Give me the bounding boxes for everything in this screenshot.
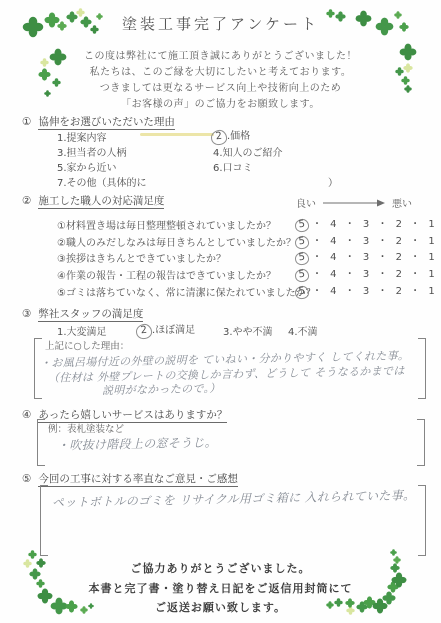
q2-rating-row: 5・ 4 ・ 3 ・ 2 ・ 1 [295, 265, 437, 282]
q2-question: ③挨拶はきちんとできていましたか？ [57, 250, 226, 265]
rating-scale-legend: 良い 悪い [296, 195, 412, 210]
q3-option-3: 3.やや不満 [223, 323, 273, 338]
section-3-heading: ③弊社スタッフの満足度 [22, 306, 143, 321]
clover-icon [28, 550, 36, 558]
q3-reason-label: 上記に○した理由： [45, 338, 129, 352]
handwritten-note: 説明がなかったので。） [102, 380, 221, 398]
right-bracket [417, 419, 425, 466]
q3-option-2: 2.ほぼ満足 [136, 321, 195, 339]
q1-option-2: 2.価格 [211, 127, 250, 145]
footer-line: ご返送お願い致します。 [0, 598, 441, 618]
section-5-heading: ⑤今回の工事に対する率直なご意見・ご感想 [22, 471, 238, 486]
q2-question: ④作業の報告・工程の報告はできていましたか？ [57, 267, 276, 282]
left-bracket [40, 485, 48, 556]
q2-question: ②職人のみだしなみは毎日きちんとしていましたか？ [57, 234, 296, 249]
q1-option-7: 7.その他（具体的に [57, 174, 147, 189]
q1-option-7-close-paren: ） [328, 174, 338, 189]
intro-line: 「お客様の声」のご協力をお願致します。 [0, 97, 441, 113]
page-title: 塗装工事完了アンケート [0, 13, 441, 34]
right-bracket [418, 485, 426, 556]
footer-line: 本書と完了書・塗り替え日記をご返信用封筒にて [0, 579, 441, 599]
footer-line: ご協力ありがとうございました。 [0, 559, 441, 579]
q2-rating-row: 5・ 4 ・ 3 ・ 2 ・ 1 [295, 215, 437, 232]
q1-option-3: 3.担当者の人柄 [57, 144, 127, 159]
q2-question: ⑤ゴミは落ちていなく、常に清潔に保たれていましたか？ [57, 284, 316, 299]
right-bracket [418, 338, 426, 399]
selected-circle: 5 [294, 218, 309, 233]
q1-option-1: 1.提案内容 [57, 129, 107, 144]
q1-option-5: 5.家から近い [57, 159, 117, 174]
selected-circle: 5 [294, 285, 309, 300]
q3-option-4: 4.不満 [288, 323, 318, 338]
section-number: ③ [22, 308, 31, 320]
handwritten-note: ・吹抜け階段上の窓そうじ。 [57, 433, 217, 453]
q3-answer-frame: 上記に○した理由： ・お風呂場付近の外壁の説明を ていねい・分かりやすく してく… [34, 338, 426, 399]
q2-rating-row: 5・ 4 ・ 3 ・ 2 ・ 1 [295, 282, 437, 299]
selected-circle: 5 [294, 268, 309, 283]
q4-answer-frame: 例：表札塗装など ・吹抜け階段上の窓そうじ。 [37, 419, 425, 466]
intro-line: この度は弊社にて施工頂き誠にありがとうございました！ [0, 49, 441, 65]
survey-page: 塗装工事完了アンケート この度は弊社にて施工頂き誠にありがとうございました！ 私… [0, 0, 441, 623]
q2-rating-row: 5・ 4 ・ 3 ・ 2 ・ 1 [295, 248, 437, 265]
section-number: ② [22, 195, 31, 207]
q3-option-1: 1.大変満足 [57, 323, 107, 338]
section-number: ⑤ [22, 473, 31, 485]
arrow-right-icon [323, 199, 385, 207]
scale-good-label: 良い [296, 195, 316, 210]
intro-line: 私たちは、このご縁を大切にしたいと考えております。 [0, 65, 441, 81]
q2-rating-row: 5・ 4 ・ 3 ・ 2 ・ 1 [295, 232, 437, 249]
section-2-heading: ②施工した職人の対応満足度 [22, 193, 164, 208]
q5-answer-frame: ペットボトルのゴミを リサイクル用ゴミ箱に 入れられていた事。 [40, 485, 426, 556]
section-1-heading: ①協伸をお選びいただいた理由 [22, 114, 175, 129]
q1-option-6: 6.口コミ [213, 159, 253, 174]
section-number: ① [22, 116, 31, 128]
q1-option-4: 4.知人のご紹介 [213, 144, 283, 159]
q4-example-label: 例：表札塗装など [48, 421, 124, 435]
section-number: ④ [22, 409, 31, 421]
highlight-line [140, 133, 214, 136]
handwritten-note: ペットボトルのゴミを リサイクル用ゴミ箱に 入れられていた事。 [52, 486, 416, 511]
q2-question: ①材料置き場は毎日整理整頓されていましたか？ [57, 217, 276, 232]
scale-bad-label: 悪い [392, 195, 412, 210]
intro-line: つきましては更なるサービス向上や技術向上のため [0, 81, 441, 97]
selected-circle: 5 [294, 251, 309, 266]
intro-paragraph: この度は弊社にて施工頂き誠にありがとうございました！ 私たちは、このご縁を大切に… [0, 49, 441, 113]
left-bracket [37, 419, 45, 466]
footer-message: ご協力ありがとうございました。 本書と完了書・塗り替え日記をご返信用封筒にて ご… [0, 559, 441, 618]
